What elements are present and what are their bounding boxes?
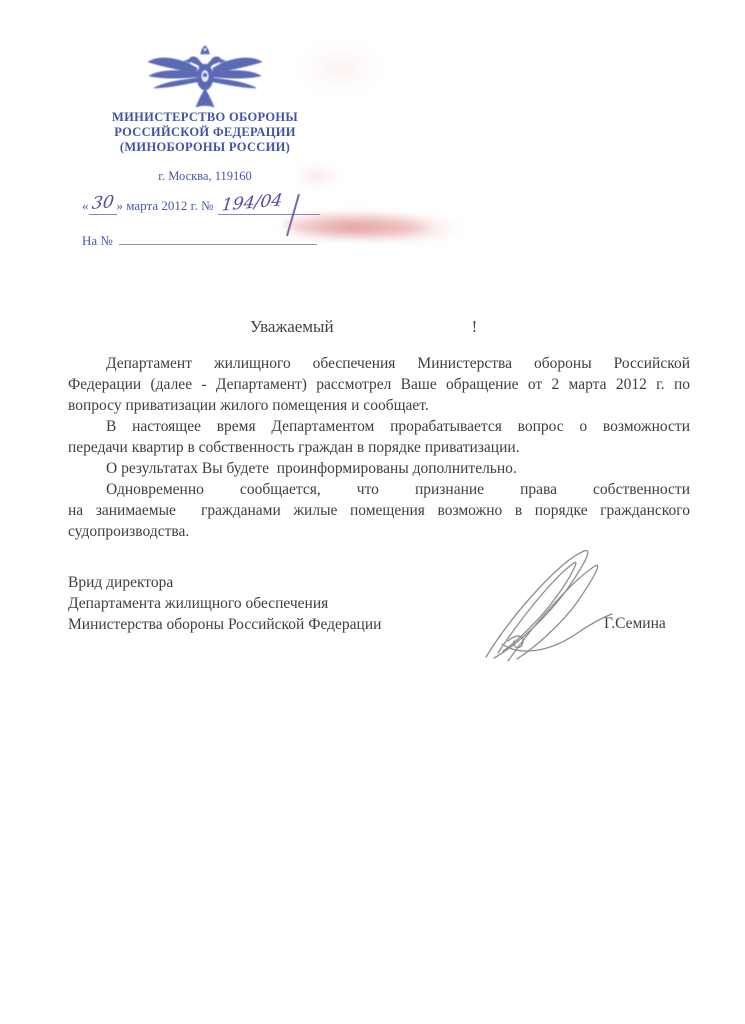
body-paragraphs: Департамент жилищного обеспечения Минист… xyxy=(68,353,690,542)
date-printed-text: » марта 2012 г. № xyxy=(117,198,214,213)
red-ink-smudge xyxy=(345,216,465,242)
paragraph: В настоящее время Департаментом прорабат… xyxy=(68,416,690,458)
paragraph-line: передачи квартир в собственность граждан… xyxy=(68,437,690,458)
paragraph-line: Одновременно сообщается, что признание п… xyxy=(68,479,690,500)
signature-title-block: Врид директора Департамента жилищного об… xyxy=(68,572,488,635)
reference-label: На № xyxy=(82,233,113,248)
paragraph: Департамент жилищного обеспечения Минист… xyxy=(68,353,690,416)
handwritten-signature-icon xyxy=(478,545,613,665)
reference-line: На № xyxy=(82,232,317,249)
org-name-line3: (МИНОБОРОНЫ РОССИИ) xyxy=(70,140,340,155)
handwritten-day: 30 xyxy=(90,194,114,213)
red-ink-smudge xyxy=(300,46,380,90)
paragraph-line: на занимаемые гражданами жилые помещения… xyxy=(68,500,690,521)
salutation-line: Уважаемый ! xyxy=(250,317,477,337)
paragraph-line: Федерации (далее - Департамент) рассмотр… xyxy=(68,374,690,395)
signer-position-line2: Департамента жилищного обеспечения xyxy=(68,593,488,614)
paragraph-line: вопросу приватизации жилого помещения и … xyxy=(68,395,690,416)
paragraph-line: О результатах Вы будете проинформированы… xyxy=(68,458,690,479)
ministry-emblem-eagle-icon xyxy=(145,45,265,109)
reference-blank-line xyxy=(119,232,317,245)
paragraph-line: В настоящее время Департаментом прорабат… xyxy=(68,416,690,437)
handwritten-number: 194/04 xyxy=(221,192,284,214)
letterhead-address: г. Москва, 119160 xyxy=(70,169,340,184)
salutation-text: Уважаемый xyxy=(250,317,334,337)
scanned-letter-page: МИНИСТЕРСТВО ОБОРОНЫ РОССИЙСКОЙ ФЕДЕРАЦИ… xyxy=(0,0,745,1024)
handwritten-number-slot: 194/04 xyxy=(218,197,320,215)
org-name-line1: МИНИСТЕРСТВО ОБОРОНЫ xyxy=(70,110,340,125)
org-name-line2: РОССИЙСКОЙ ФЕДЕРАЦИИ xyxy=(70,125,340,140)
paragraph-line: Департамент жилищного обеспечения Минист… xyxy=(68,353,690,374)
salutation-exclamation: ! xyxy=(472,317,478,337)
signer-name: Г.Семина xyxy=(604,615,666,633)
signer-position-line1: Врид директора xyxy=(68,572,488,593)
signer-position-line3: Министерства обороны Российской Федераци… xyxy=(68,614,488,635)
date-number-line: «30» марта 2012 г. №194/04 xyxy=(82,197,320,215)
letterhead-org-name: МИНИСТЕРСТВО ОБОРОНЫ РОССИЙСКОЙ ФЕДЕРАЦИ… xyxy=(70,110,340,155)
paragraph-line: судопроизводства. xyxy=(68,521,690,542)
handwritten-day-slot: 30 xyxy=(89,197,117,215)
paragraph: Одновременно сообщается, что признание п… xyxy=(68,479,690,542)
paragraph: О результатах Вы будете проинформированы… xyxy=(68,458,690,479)
